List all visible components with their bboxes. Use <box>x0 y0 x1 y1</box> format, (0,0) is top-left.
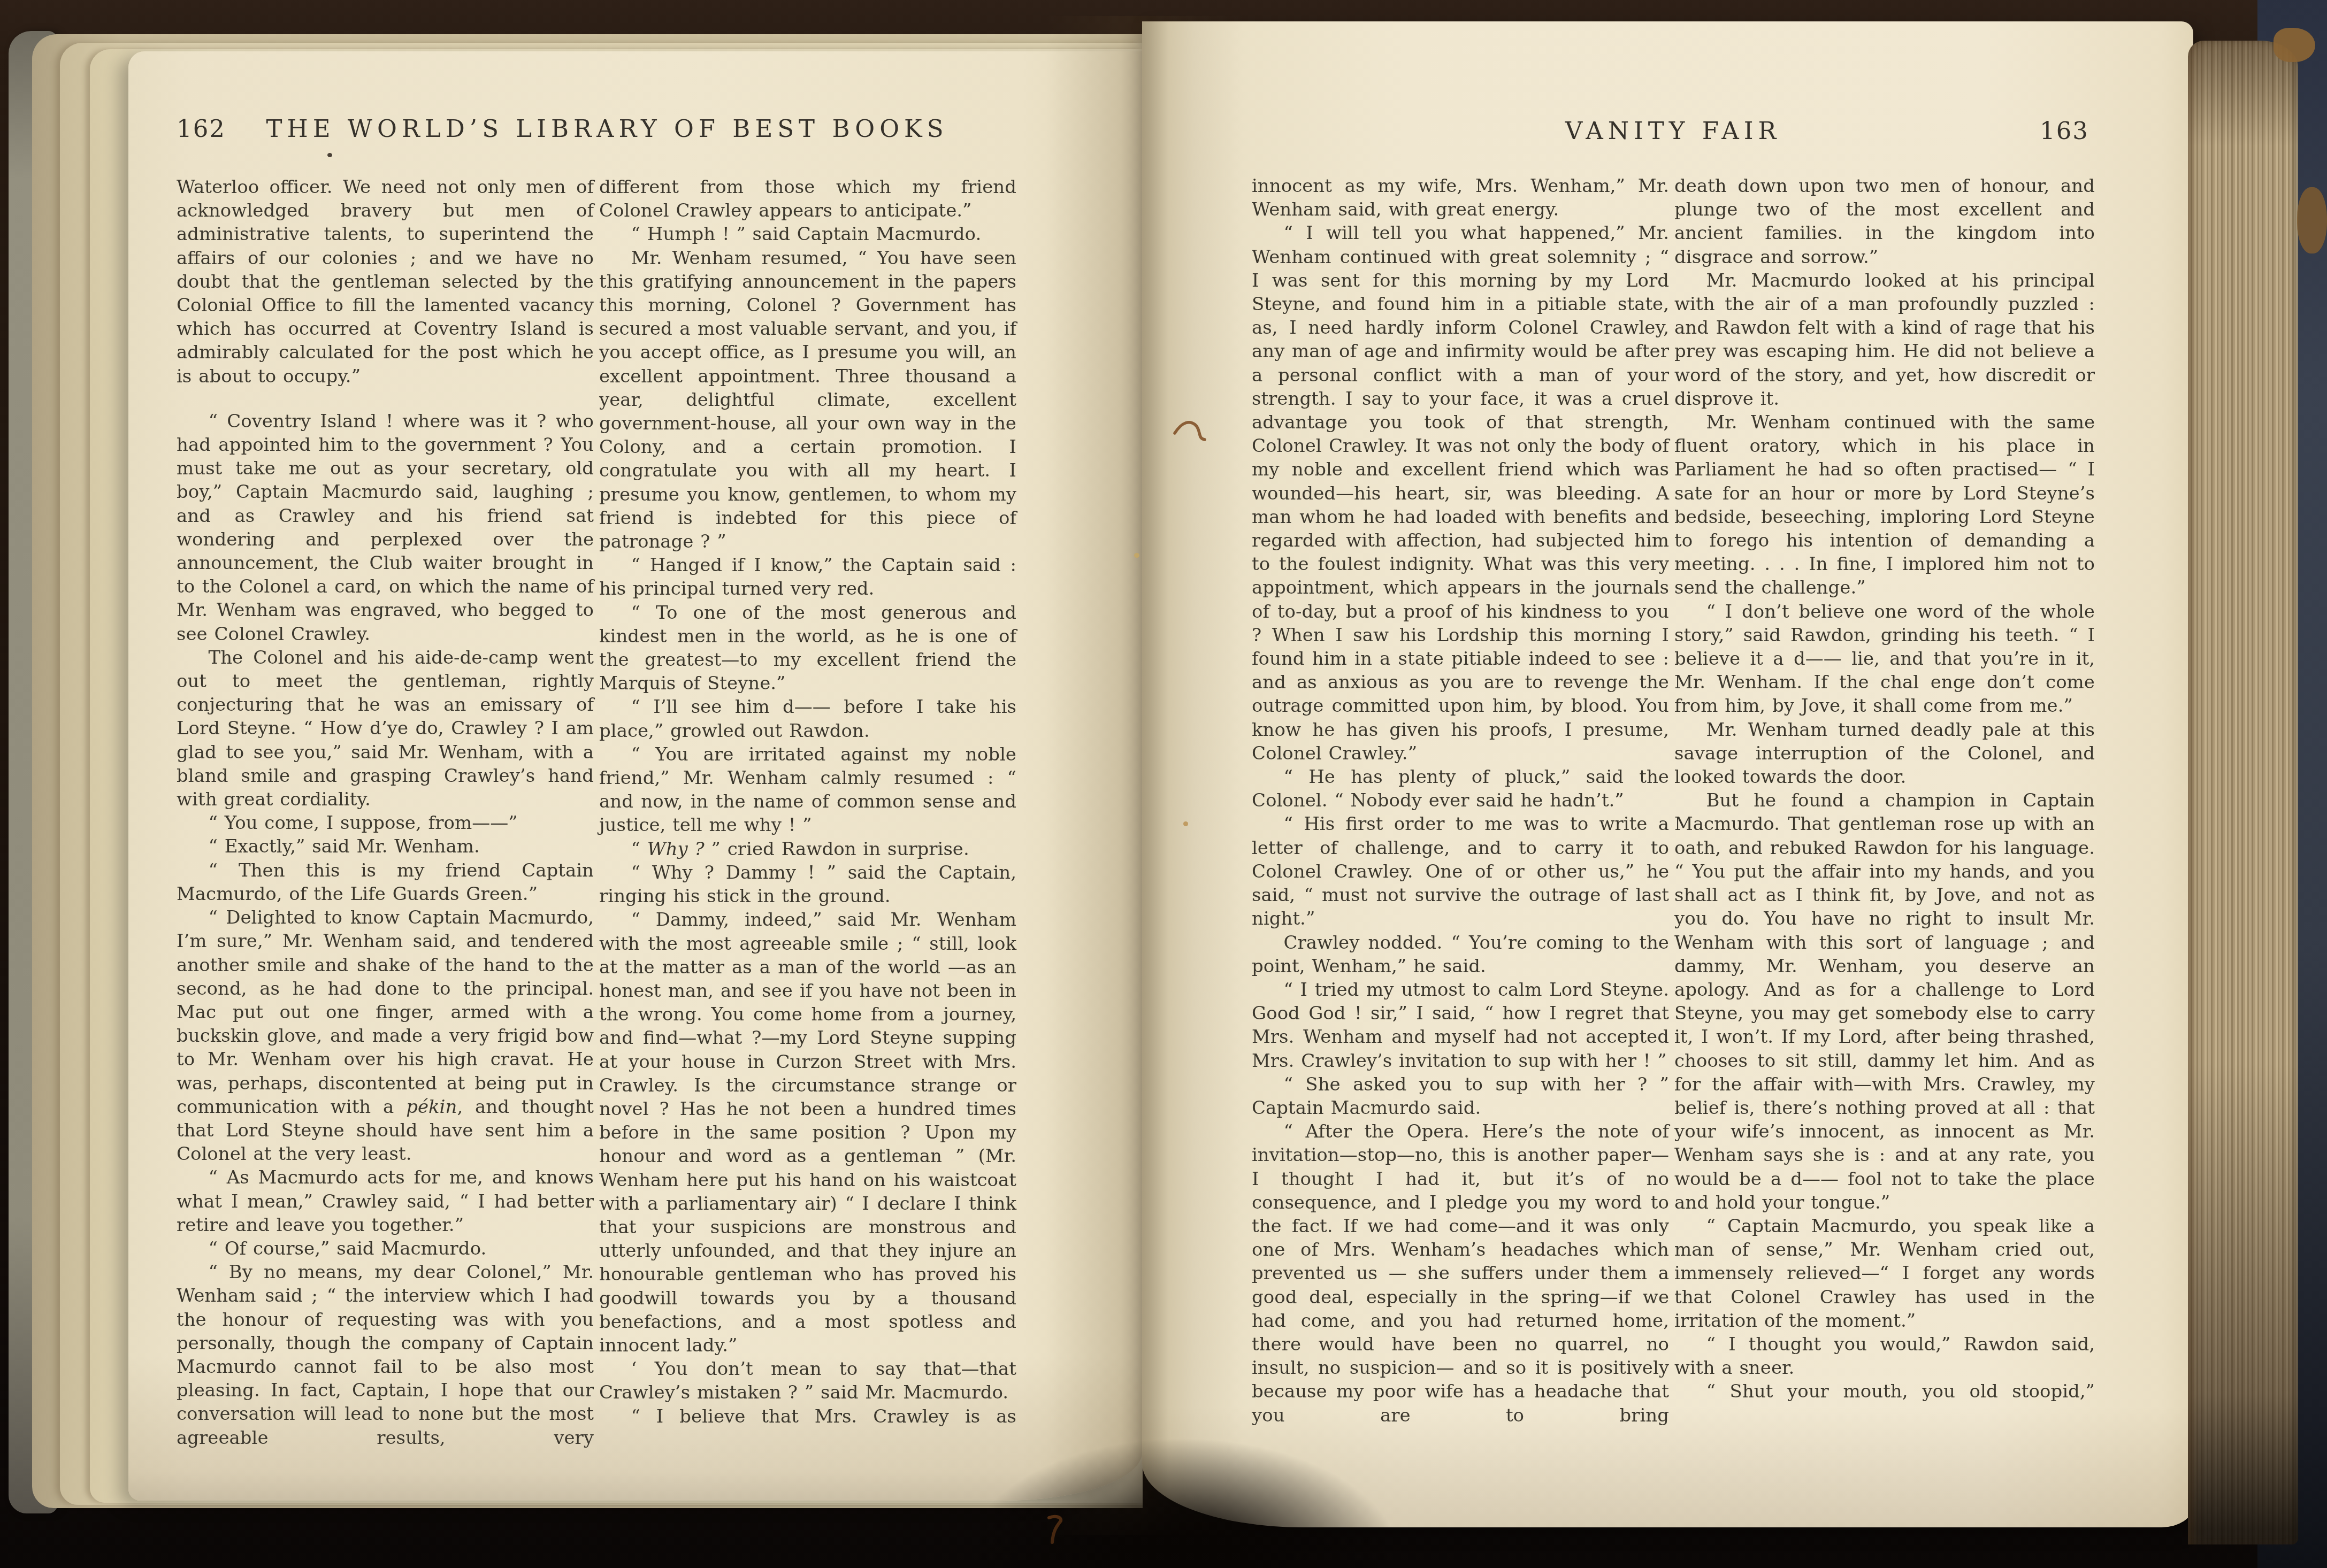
paragraph: “ I believe that Mrs. Crawley is as <box>599 1405 1016 1428</box>
paragraph-text: “ <box>631 839 647 860</box>
paragraph: “ You come, I suppose, from——” <box>177 811 594 835</box>
paragraph: ‘ You don’t mean to say that—that Crawle… <box>599 1357 1016 1404</box>
paragraph: “ I’ll see him d—— before I take his pla… <box>599 695 1016 742</box>
paragraph: “ He has plenty of pluck,” said the Colo… <box>1252 765 1669 812</box>
paragraph: “ By no means, my dear Colonel,” Mr. Wen… <box>177 1260 594 1450</box>
paragraph: “ I thought you would,” Rawdon said, wit… <box>1674 1333 2095 1380</box>
paragraph: “ Then this is my friend Captain Macmurd… <box>177 859 594 906</box>
italic-word: Why ? <box>647 839 705 860</box>
paragraph: Crawley nodded. “ You’re coming to the p… <box>1252 931 1669 978</box>
right-page-header: VANITY FAIR 163 <box>1252 117 2094 145</box>
paragraph: “ I will tell you what happened,” Mr. We… <box>1252 221 1669 765</box>
paragraph: “ Captain Macmurdo, you speak like a man… <box>1674 1215 2095 1333</box>
left-page-header: 162 THE WORLD’S LIBRARY OF BEST BOOKS <box>177 114 1038 143</box>
italic-word: pékin <box>406 1096 457 1118</box>
paragraph-text: ” cried Rawdon in surprise. <box>705 839 969 860</box>
paragraph: Waterloo officer. We need not only men o… <box>177 175 594 388</box>
paragraph: Mr. Wenham resumed, “ You have seen this… <box>599 247 1016 554</box>
paragraph: “ After the Opera. Here’s the note of in… <box>1252 1120 1669 1427</box>
page-number-right: 163 <box>2040 117 2089 145</box>
paragraph: But he found a champion in Captain Macmu… <box>1674 789 2095 1215</box>
paragraph: different from those which my friend Col… <box>599 175 1016 222</box>
paragraph: “ I don’t believe one word of the whole … <box>1674 600 2095 718</box>
paragraph: “ Delighted to know Captain Macmurdo, I’… <box>177 906 594 1166</box>
right-page-column-2: death down upon two men of honour, and p… <box>1674 174 2095 1404</box>
open-book-photo: 162 THE WORLD’S LIBRARY OF BEST BOOKS Wa… <box>0 0 2327 1568</box>
paragraph: “ As Macmurdo acts for me, and knows wha… <box>177 1166 594 1237</box>
paragraph: “ Shut your mouth, you old stoopid,” <box>1674 1380 2095 1403</box>
paragraph: The Colonel and his aide-de-camp went ou… <box>177 646 594 811</box>
paragraph: Mr. Macmurdo looked at his principal wit… <box>1674 269 2095 411</box>
paragraph: “ Hanged if I know,” the Captain said : … <box>599 554 1016 601</box>
running-title-left: THE WORLD’S LIBRARY OF BEST BOOKS <box>266 114 948 143</box>
left-page-column-1: Waterloo officer. We need not only men o… <box>177 175 594 1450</box>
paragraph: “ Why ? Dammy ! ” said the Captain, ring… <box>599 861 1016 908</box>
paragraph: “ To one of the most generous and kindes… <box>599 601 1016 696</box>
paragraph: death down upon two men of honour, and p… <box>1674 174 2095 269</box>
left-page-column-2: different from those which my friend Col… <box>599 175 1016 1428</box>
ink-mark <box>1040 1513 1073 1548</box>
paragraph: “ Coventry Island ! where was it ? who h… <box>177 410 594 646</box>
paragraph: “ Of course,” said Macmurdo. <box>177 1237 594 1260</box>
running-title-right: VANITY FAIR <box>1565 117 1781 145</box>
right-page: VANITY FAIR 163 innocent as my wife, Mrs… <box>1142 21 2193 1527</box>
paragraph-text: “ Delighted to know Captain Macmurdo, I’… <box>177 907 594 1118</box>
fore-edge-pages <box>2188 41 2298 1544</box>
paragraph: “ She asked you to sup with her ? ” Capt… <box>1252 1073 1669 1120</box>
paragraph: “ His first order to me was to write a l… <box>1252 812 1669 931</box>
paragraph: “ Exactly,” said Mr. Wenham. <box>177 835 594 858</box>
paragraph: Mr. Wenham turned deadly pale at this sa… <box>1674 718 2095 789</box>
paragraph: “ I tried my utmost to calm Lord Steyne.… <box>1252 978 1669 1073</box>
paragraph: “ Humph ! ” said Captain Macmurdo. <box>599 222 1016 246</box>
paragraph: innocent as my wife, Mrs. Wenham,” Mr. W… <box>1252 174 1669 221</box>
paragraph: “ Why ? ” cried Rawdon in surprise. <box>599 837 1016 861</box>
paragraph: Mr. Wenham continued with the same fluen… <box>1674 411 2095 600</box>
paragraph: “ You are irritated against my noble fri… <box>599 743 1016 837</box>
left-page: 162 THE WORLD’S LIBRARY OF BEST BOOKS Wa… <box>128 51 1142 1501</box>
page-number-left: 162 <box>177 114 226 143</box>
right-page-column-1: innocent as my wife, Mrs. Wenham,” Mr. W… <box>1252 174 1669 1427</box>
paragraph: “ Dammy, indeed,” said Mr. Wenham with t… <box>599 908 1016 1357</box>
